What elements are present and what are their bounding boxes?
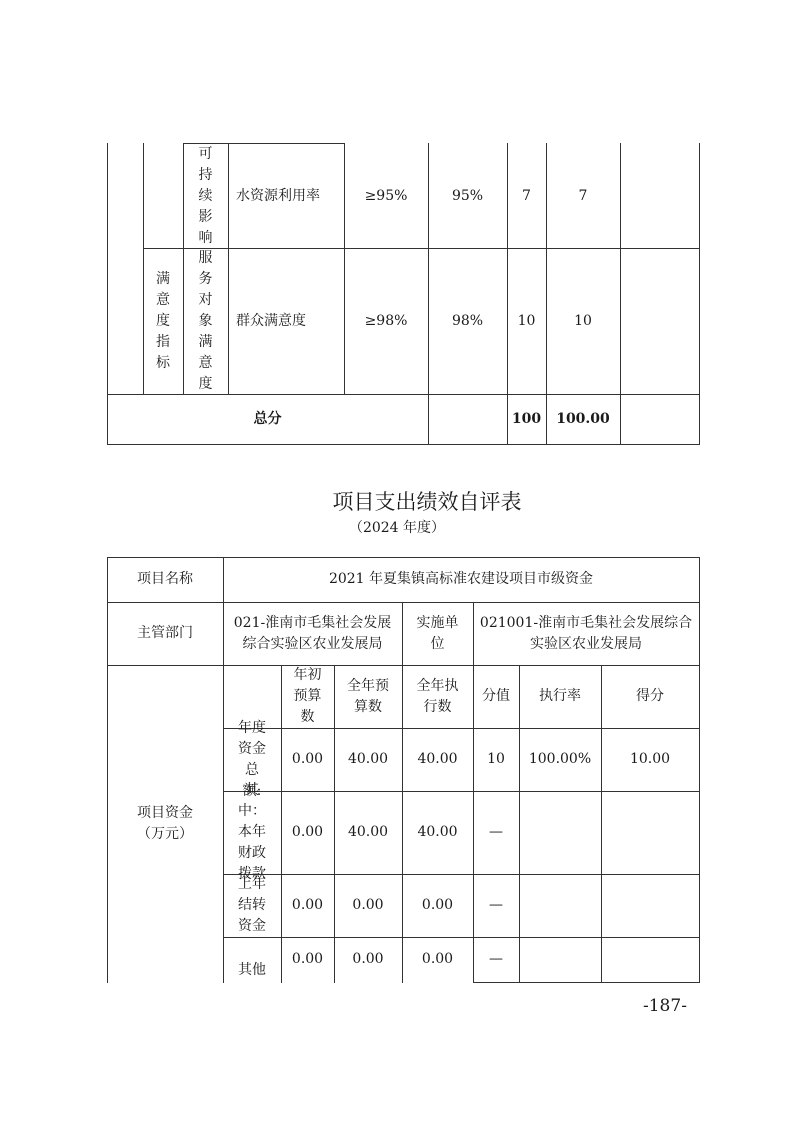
- target-text: ≥95%: [365, 186, 408, 207]
- score-cell: [601, 791, 699, 874]
- impl-label-text: 实施单位: [414, 613, 461, 655]
- project-name-label: 项目名称: [107, 557, 223, 602]
- project-name-value-text: 2021 年夏集镇高标准农建设项目市级资金: [329, 569, 593, 590]
- weight-text: 10: [518, 311, 536, 332]
- target-cell: ≥98%: [344, 248, 428, 394]
- sub-category-text: 可持续影响: [199, 144, 213, 249]
- weight-text: —: [489, 949, 503, 970]
- budget-cell: 40.00: [334, 728, 402, 791]
- actual-text: 98%: [452, 311, 483, 332]
- header-executed-text: 全年执行数: [414, 676, 461, 718]
- row-label-text: 其中：本年财政拨款: [237, 780, 267, 885]
- row-label: 上年结转资金: [223, 874, 281, 937]
- budget-text: 0.00: [352, 895, 383, 916]
- weight-text: —: [489, 822, 503, 843]
- score-cell: 10.00: [601, 728, 699, 791]
- header-weight-text: 分值: [482, 686, 510, 707]
- impl-value: 021001-淮南市毛集社会发展综合实验区农业发展局: [473, 602, 699, 665]
- initial-text: 0.00: [292, 822, 323, 843]
- weight-cell: —: [473, 874, 519, 937]
- rate-cell: [519, 937, 601, 983]
- header-executed: 全年执行数: [402, 665, 473, 728]
- executed-cell: 0.00: [402, 937, 473, 983]
- dept-value: 021-淮南市毛集社会发展综合实验区农业发展局: [223, 602, 402, 665]
- initial-cell: 0.00: [281, 937, 334, 983]
- weight-text: 7: [522, 186, 531, 207]
- budget-cell: 40.00: [334, 791, 402, 874]
- dept-value-text: 021-淮南市毛集社会发展综合实验区农业发展局: [229, 613, 396, 655]
- header-initial: 年初预算数: [281, 665, 334, 728]
- row-label-text: 上年结转资金: [237, 874, 267, 937]
- target-text: ≥98%: [365, 311, 408, 332]
- sub-category-cell: 可持续影响: [183, 143, 228, 249]
- score-cell: 10: [546, 248, 620, 394]
- score-cell: [601, 874, 699, 937]
- budget-cell: 0.00: [334, 937, 402, 983]
- initial-cell: 0.00: [281, 874, 334, 937]
- total-label: 总分: [254, 409, 282, 430]
- form-year: （2024 年度）: [0, 517, 794, 537]
- total-score: 100.00: [556, 409, 610, 430]
- rate-text: 100.00%: [529, 749, 591, 770]
- indicator-text: 水资源利用率: [236, 186, 320, 207]
- indicator-text: 群众满意度: [236, 311, 306, 332]
- target-cell: ≥95%: [344, 143, 428, 249]
- initial-cell: 0.00: [281, 728, 334, 791]
- header-rate: 执行率: [519, 665, 601, 728]
- executed-text: 0.00: [422, 895, 453, 916]
- actual-text: 95%: [452, 186, 483, 207]
- weight-cell: 10: [473, 728, 519, 791]
- executed-cell: 0.00: [402, 874, 473, 937]
- row-label: 其他: [223, 937, 281, 983]
- impl-value-text: 021001-淮南市毛集社会发展综合实验区农业发展局: [477, 613, 695, 655]
- dept-label-text: 主管部门: [137, 623, 193, 644]
- border: [699, 143, 700, 445]
- score-cell: [601, 937, 699, 983]
- weight-cell: —: [473, 791, 519, 874]
- category-text: 满意度指标: [156, 269, 170, 374]
- rate-cell: [519, 791, 601, 874]
- header-initial-text: 年初预算数: [291, 665, 324, 728]
- funds-label-line1: 项目资金: [137, 803, 193, 824]
- sub-category-cell: 服务对象满意度: [183, 248, 228, 394]
- rate-cell: [519, 874, 601, 937]
- executed-text: 0.00: [422, 949, 453, 970]
- page-number: -187-: [643, 996, 687, 1016]
- actual-cell: 98%: [428, 248, 507, 394]
- budget-text: 40.00: [348, 822, 388, 843]
- budget-text: 40.00: [348, 749, 388, 770]
- header-score-text: 得分: [636, 686, 664, 707]
- category-cell: 满意度指标: [143, 248, 183, 394]
- dept-label: 主管部门: [107, 602, 223, 665]
- score-text: 10: [574, 311, 592, 332]
- weight-cell: 10: [507, 248, 546, 394]
- executed-text: 40.00: [417, 822, 457, 843]
- total-weight-cell: 100: [507, 394, 546, 444]
- border: [107, 444, 700, 445]
- funds-label: 项目资金 （万元）: [107, 665, 223, 983]
- header-score: 得分: [601, 665, 699, 728]
- project-name-label-text: 项目名称: [137, 569, 193, 590]
- rate-cell: 100.00%: [519, 728, 601, 791]
- impl-label: 实施单位: [402, 602, 473, 665]
- header-budget: 全年预算数: [334, 665, 402, 728]
- budget-text: 0.00: [352, 949, 383, 970]
- header-budget-text: 全年预算数: [346, 676, 390, 718]
- initial-text: 0.00: [292, 749, 323, 770]
- initial-text: 0.00: [292, 895, 323, 916]
- score-cell: 7: [546, 143, 620, 249]
- header-weight: 分值: [473, 665, 519, 728]
- score-text: 7: [579, 186, 588, 207]
- actual-cell: 95%: [428, 143, 507, 249]
- executed-cell: 40.00: [402, 728, 473, 791]
- indicator-cell: 水资源利用率: [228, 143, 344, 249]
- budget-cell: 0.00: [334, 874, 402, 937]
- funds-label-line2: （万元）: [137, 824, 193, 845]
- score-text: 10.00: [630, 749, 670, 770]
- initial-cell: 0.00: [281, 791, 334, 874]
- row-label: 其中：本年财政拨款: [223, 791, 281, 874]
- initial-text: 0.00: [292, 949, 323, 970]
- border: [620, 143, 621, 445]
- weight-text: 10: [487, 749, 505, 770]
- executed-cell: 40.00: [402, 791, 473, 874]
- indicator-cell: 群众满意度: [228, 248, 344, 394]
- weight-cell: —: [473, 937, 519, 983]
- total-score-cell: 100.00: [546, 394, 620, 444]
- total-label-cell: 总分: [107, 394, 428, 444]
- total-weight: 100: [512, 409, 541, 430]
- project-name-value: 2021 年夏集镇高标准农建设项目市级资金: [223, 557, 699, 602]
- form-title: 项目支出绩效自评表: [0, 486, 794, 516]
- sub-category-text: 服务对象满意度: [199, 248, 213, 395]
- weight-cell: 7: [507, 143, 546, 249]
- weight-text: —: [489, 895, 503, 916]
- executed-text: 40.00: [417, 749, 457, 770]
- row-label-text: 其他: [238, 960, 266, 981]
- border: [699, 557, 700, 983]
- header-rate-text: 执行率: [539, 686, 581, 707]
